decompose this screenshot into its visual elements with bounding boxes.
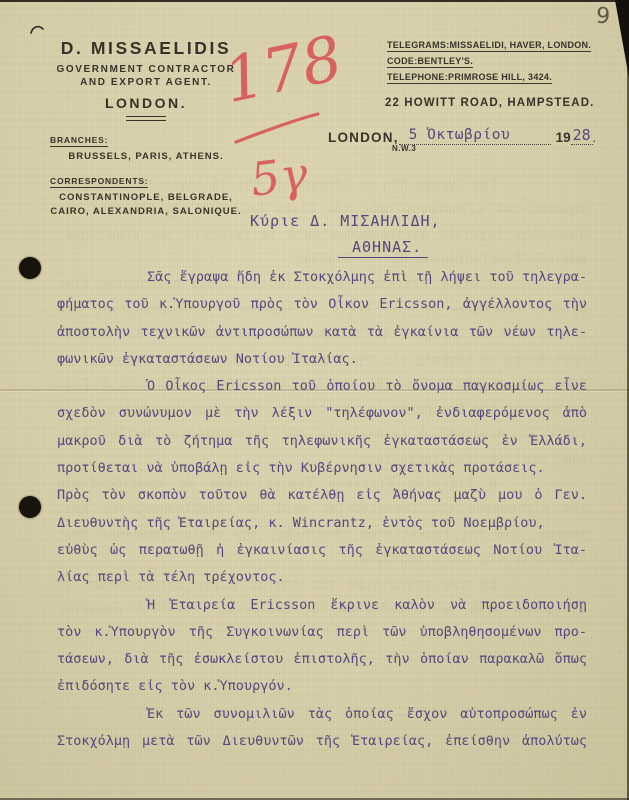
correspondents-line2: CAIRO, ALEXANDRIA, SALONIQUE. xyxy=(50,206,242,217)
street-address: 22 HOWITT ROAD, HAMPSTEAD. xyxy=(385,97,594,109)
telephone-line: TELEPHONE: PRIMROSE HILL, 3424. xyxy=(387,72,552,84)
body-line: Ἐκ τῶν συνομιλιῶν τὰς ὁποίας ἔσχον αὐτοπ… xyxy=(57,701,587,728)
punch-hole-top xyxy=(19,257,41,279)
body-line: ἀποστολὴν τεχνικῶν ἀντιπροσώπων κατὰ τὰ … xyxy=(57,319,587,346)
letterhead-left: D. MISSAELIDIS GOVERNMENT CONTRACTOR AND… xyxy=(50,38,242,217)
telegrams-value: MISSAELIDI, HAVER, LONDON. xyxy=(450,40,592,50)
correspondents-line1: CONSTANTINOPLE, BELGRADE, xyxy=(50,192,242,203)
body-line: εὐθὺς ὡς περατωθῇ ἡ ἐγκαινίασις τῆς ἐγκα… xyxy=(57,537,587,564)
branches-label: BRANCHES: xyxy=(50,135,108,147)
letter-body: Σᾶς ἔγραψα ἤδη ἐκ Στοκχόλμης ἐπὶ τῇ λήψε… xyxy=(57,264,587,755)
correspondents-label: CORRESPONDENTS: xyxy=(50,176,148,188)
company-city: LONDON. xyxy=(50,95,242,111)
red-number-bottom: 5γ xyxy=(248,146,311,207)
telegrams-line: TELEGRAMS: MISSAELIDI, HAVER, LONDON. xyxy=(387,40,591,52)
body-line: Πρὸς τὸν σκοπὸν τοῦτον θὰ κατέλθῃ εἰς Ἀθ… xyxy=(57,482,587,509)
red-fraction-bar xyxy=(236,114,318,142)
body-line: Ὁ Οἶκος Ericsson τοῦ ὁποίου τὸ ὄνομα παγ… xyxy=(57,373,587,400)
dateline-rule: 5 Ὀκτωβρίου xyxy=(399,126,551,145)
company-name: D. MISSAELIDIS xyxy=(50,38,242,59)
body-line: Σᾶς ἔγραψα ἤδη ἐκ Στοκχόλμης ἐπὶ τῇ λήψε… xyxy=(57,264,587,291)
correspondents-row: CORRESPONDENTS: CONSTANTINOPLE, BELGRADE… xyxy=(50,171,242,217)
typed-date: 5 Ὀκτωβρίου xyxy=(409,127,511,143)
dateline: LONDON, 5 Ὀκτωβρίου 19 28 . N.W.3 xyxy=(328,126,596,145)
red-handwriting-fraction: 178 5γ xyxy=(222,32,352,217)
body-line: Διευθυντὴς τῆς Ἑταιρείας, κ. Wincrantz, … xyxy=(57,510,587,537)
body-line: λίας περὶ τὰ τέλη τρέχοντος. xyxy=(57,564,587,591)
telephone-value: PRIMROSE HILL, 3424. xyxy=(448,72,552,82)
punch-hole-bottom xyxy=(19,496,41,518)
salutation-city: ΑΘΗΝΑΣ. xyxy=(338,238,428,258)
company-role-line1: GOVERNMENT CONTRACTOR xyxy=(50,64,242,75)
printed-year-prefix: 19 xyxy=(556,130,571,145)
body-line: τάσεων, διὰ τῆς ἐσωκλείστου ἐπιστολῆς, τ… xyxy=(57,646,587,673)
double-rule xyxy=(126,116,166,121)
branches-value: BRUSSELS, PARIS, ATHENS. xyxy=(50,151,242,162)
code-label: CODE: xyxy=(387,56,418,66)
body-line: Ἡ Ἑταιρεία Ericsson ἔκρινε καλὸν νὰ προε… xyxy=(57,592,587,619)
body-line: ἐπιδόσητε εἰς τὸν κ.Ὑπουργόν. xyxy=(57,673,587,700)
letterhead-right: TELEGRAMS: MISSAELIDI, HAVER, LONDON. CO… xyxy=(387,40,609,88)
torn-corner xyxy=(615,0,629,78)
scan-edge-top xyxy=(0,0,629,2)
body-line: τὸν κ.Ὑπουργὸν τῆς Συγκοινωνίας περὶ τῶν… xyxy=(57,619,587,646)
pen-tick-mark xyxy=(30,24,46,36)
body-line: Στοκχόλμῃ μετὰ τῶν Διευθυντῶν τῆς Ἑταιρε… xyxy=(57,728,587,755)
postal-district: N.W.3 xyxy=(392,144,416,153)
letter-document: Σᾶς ἔγραψα ἤδη ἐκ Στοκχόλμης ἐπὶ τῇ λήψε… xyxy=(0,0,629,800)
telegrams-label: TELEGRAMS: xyxy=(387,40,450,50)
company-role-line2: AND EXPORT AGENT. xyxy=(50,77,242,88)
body-line: φωνικῶν ἐγκαταστάσεων Νοτίου Ἰταλίας. xyxy=(57,346,587,373)
body-line: σχεδὸν συνώνυμον μὲ τὴν λέξιν "τηλέφωνον… xyxy=(57,400,587,427)
dateline-period: . xyxy=(593,131,596,145)
body-line: φήματος τοῦ κ.Ὑπουργοῦ πρὸς τὸν Οἶκον Er… xyxy=(57,291,587,318)
telephone-label: TELEPHONE: xyxy=(387,72,448,82)
body-line: προτίθεται νὰ ὑποβάλῃ εἰς τὴν Κυβέρνησιν… xyxy=(57,455,587,482)
branches-row: BRANCHES: BRUSSELS, PARIS, ATHENS. xyxy=(50,130,242,162)
code-line: CODE: BENTLEY'S. xyxy=(387,56,473,68)
red-number-top: 178 xyxy=(222,32,348,117)
code-value: BENTLEY'S. xyxy=(418,56,474,66)
pencil-page-number: 9 xyxy=(595,4,611,30)
typed-year: 28 xyxy=(571,126,593,145)
body-line: μακροῦ διὰ τὸ ζήτημα τῆς τηλεφωνικῆς ἐγκ… xyxy=(57,428,587,455)
